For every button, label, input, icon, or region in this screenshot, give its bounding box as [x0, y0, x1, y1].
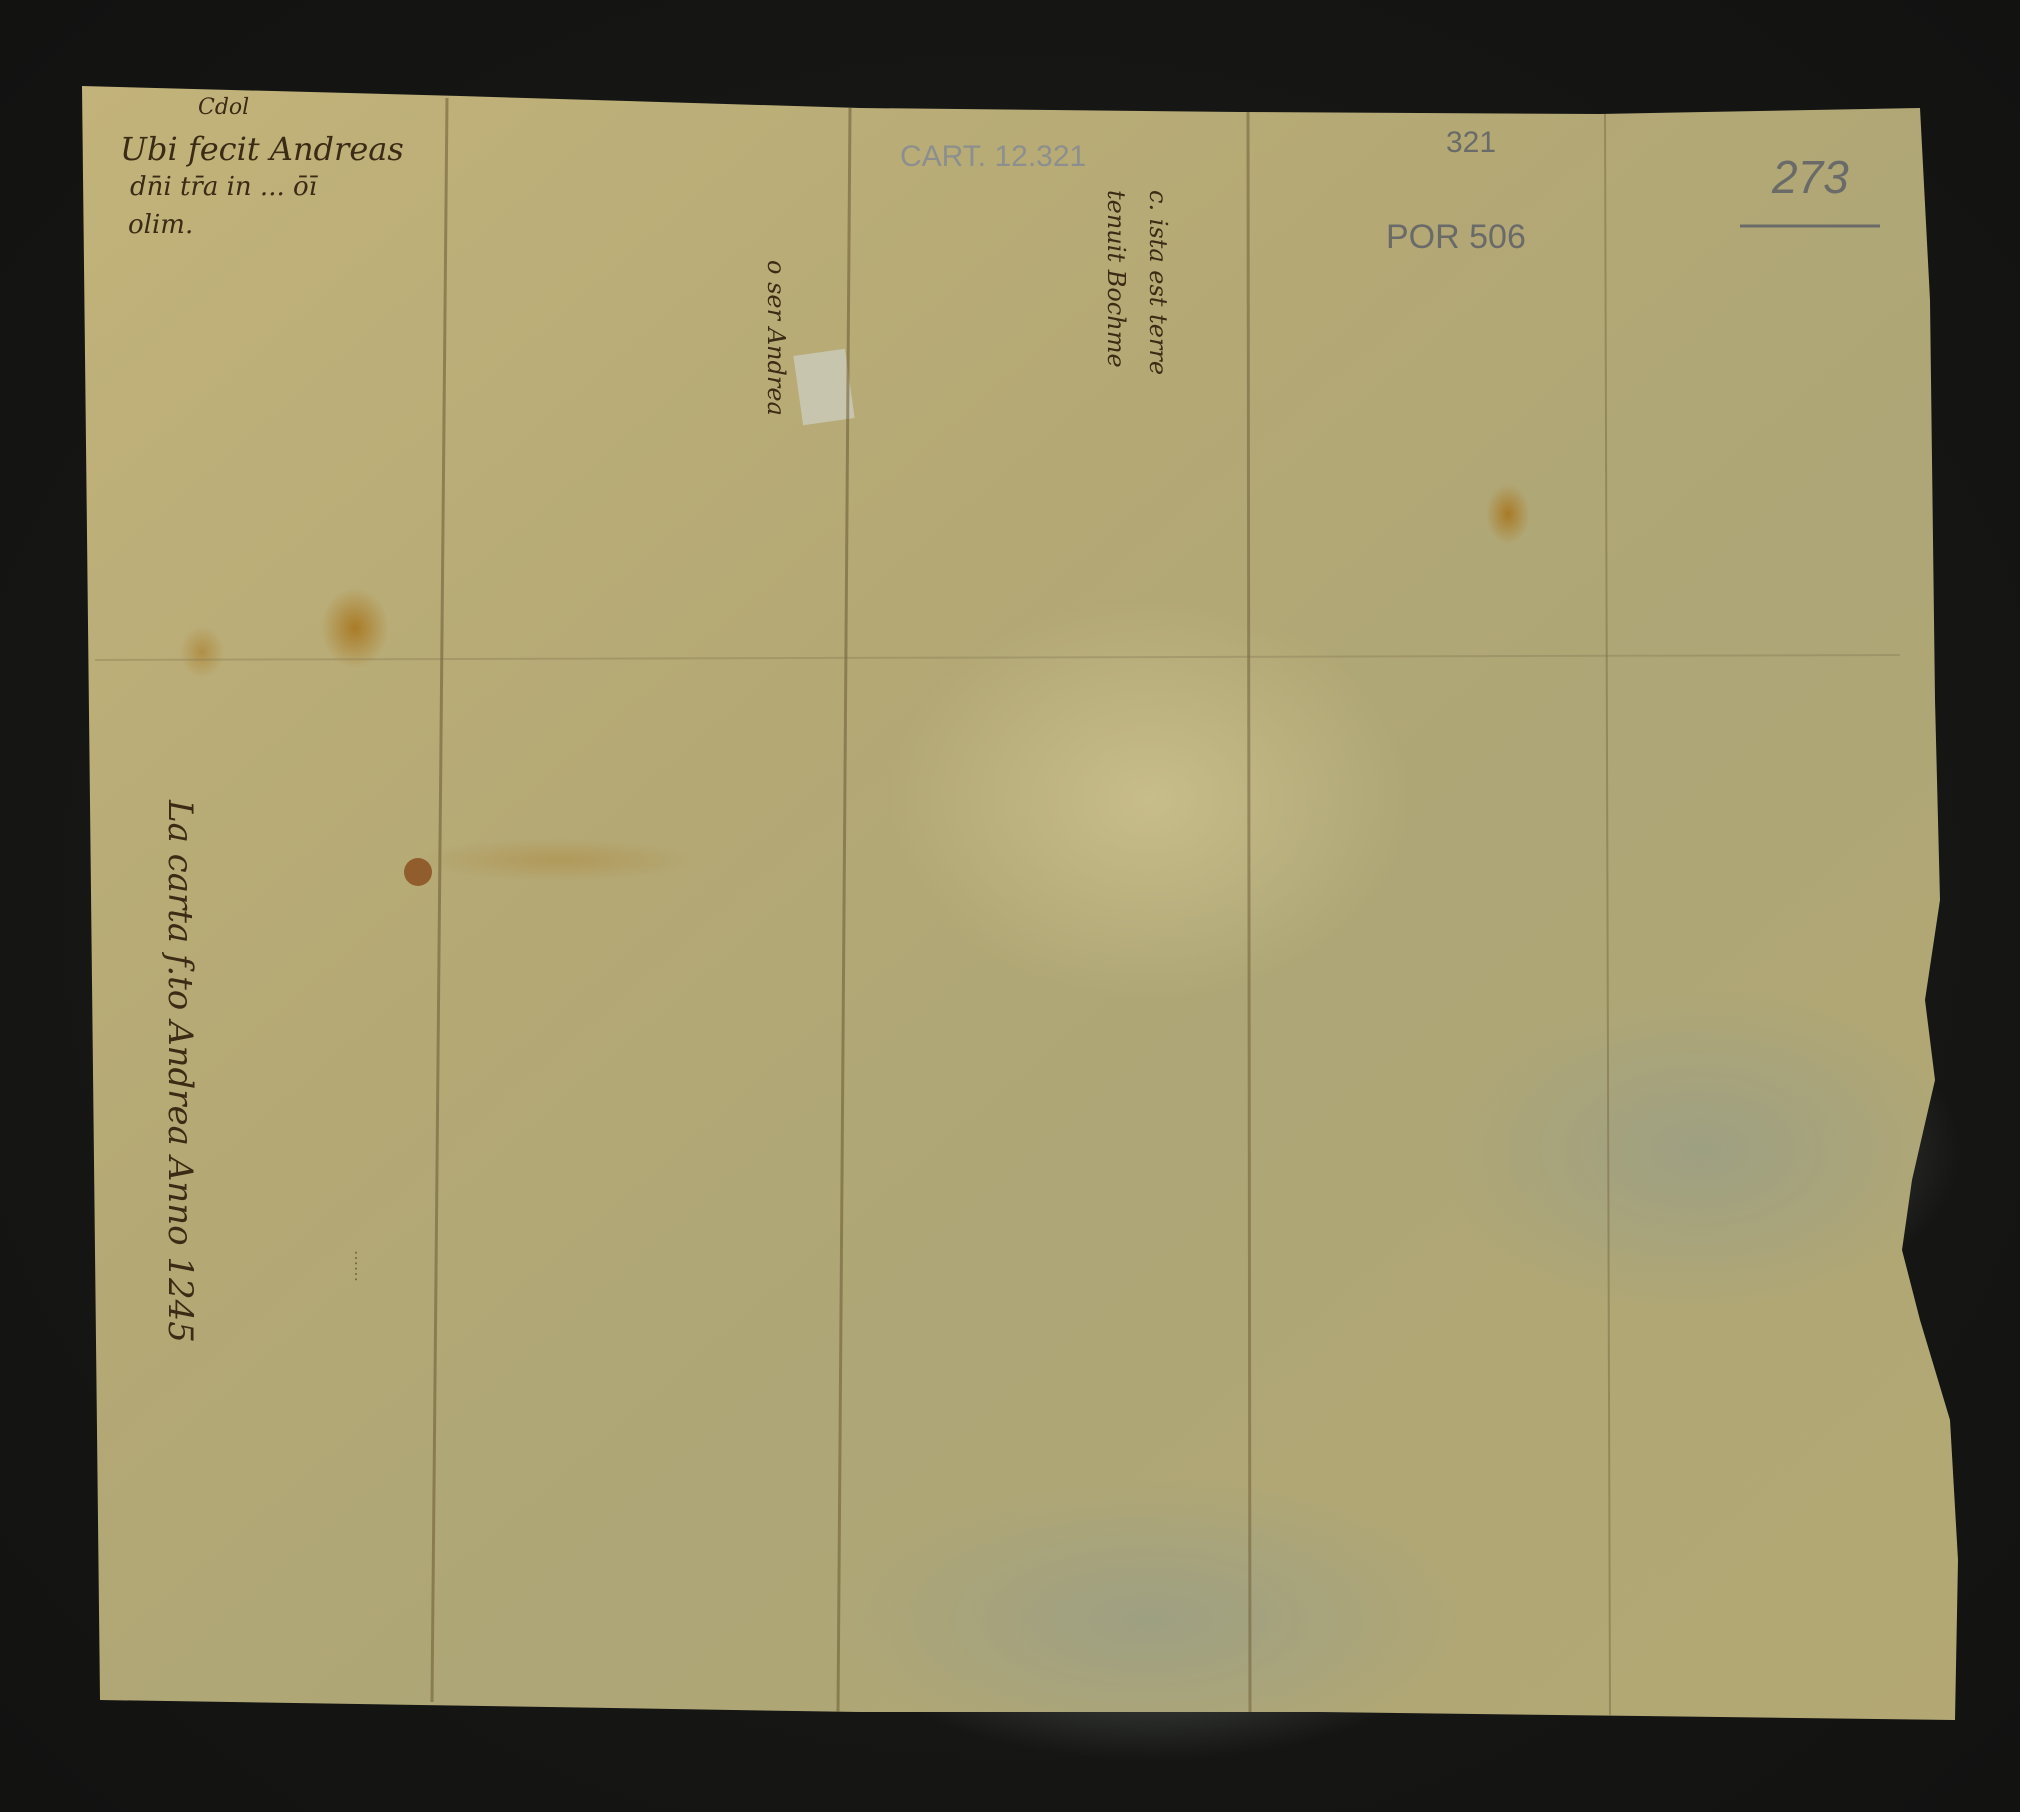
vertical-annotation-2: tenuit Bochme	[1102, 190, 1130, 368]
fold-line	[1248, 112, 1250, 1712]
pencil-folio-number: 273	[1772, 150, 1849, 204]
annotation-top-left-line1: Ubi fecit Andreas	[120, 130, 404, 168]
faint-vertical-annotation: ……	[351, 1250, 370, 1282]
annotation-top-left-small: Cdol	[198, 95, 249, 120]
pencil-number-top: 321	[1446, 126, 1496, 160]
annotation-top-left-line2: dn̄i tr̄a in ... ōī	[130, 172, 317, 202]
pencil-shelfmark: POR 506	[1386, 218, 1526, 257]
parchment-charter	[0, 0, 2020, 1812]
vertical-annotation-main: La carta f.to Andrea Anno 1245	[160, 800, 200, 1343]
catalog-stamp: CART. 12.321	[900, 140, 1086, 174]
annotation-top-left-line3: olim.	[128, 210, 193, 240]
vertical-annotation-left-mid: o ser Andrea	[762, 260, 790, 416]
repair-patch	[793, 349, 854, 426]
vertical-annotation-1: c. ista est terre	[1144, 190, 1172, 375]
